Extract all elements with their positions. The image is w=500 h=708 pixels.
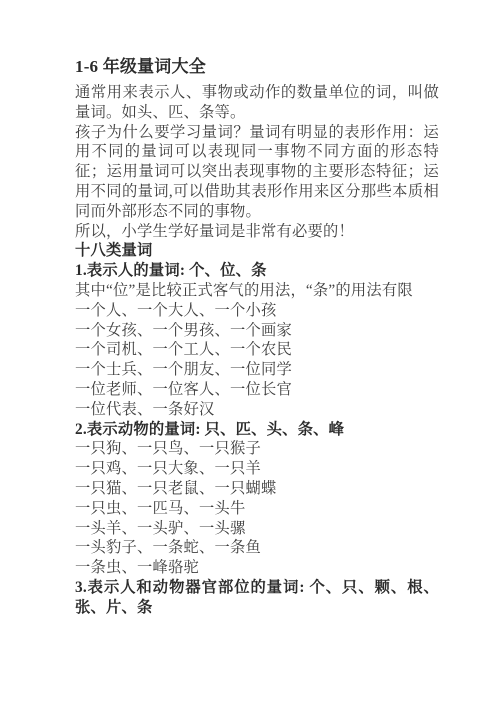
measure-word-line: 一只猫、一只老鼠、一只蝴蝶 (75, 479, 439, 499)
category-heading: 2.表示动物的量词: 只、匹、头、条、峰 (75, 420, 439, 440)
category-heading: 3.表示人和动物器官部位的量词: 个、只、颗、根、张、片、条 (75, 578, 439, 618)
measure-word-line: 一只鸡、一只大象、一只羊 (75, 459, 439, 479)
measure-word-line: 一头豹子、一条蛇、一条鱼 (75, 538, 439, 558)
measure-word-line: 一位代表、一条好汉 (75, 400, 439, 420)
intro-paragraph: 通常用来表示人、事物或动作的数量单位的词，叫做量词。如头、匹、条等。 (75, 83, 439, 123)
measure-word-line: 一头羊、一头驴、一头骡 (75, 519, 439, 539)
measure-word-line: 一个司机、一个工人、一个农民 (75, 340, 439, 360)
measure-word-line: 一条虫、一峰骆驼 (75, 558, 439, 578)
doc-title: 1-6 年级量词大全 (75, 55, 439, 79)
measure-word-line: 一个女孩、一个男孩、一个画家 (75, 321, 439, 341)
measure-word-line: 一位老师、一位客人、一位长官 (75, 380, 439, 400)
intro-paragraph: 孩子为什么要学习量词？量词有明显的表形作用：运用不同的量词可以表现同一事物不同方… (75, 123, 439, 222)
measure-word-line: 一个人、一个大人、一个小孩 (75, 301, 439, 321)
document-page-surface: 1-6 年级量词大全 通常用来表示人、事物或动作的数量单位的词，叫做量词。如头、… (0, 0, 500, 708)
section-heading: 十八类量词 (75, 241, 439, 261)
category-heading: 1.表示人的量词: 个、位、条 (75, 261, 439, 281)
measure-word-line: 一只虫、一匹马、一头牛 (75, 499, 439, 519)
intro-paragraph: 所以，小学生学好量词是非常有必要的！ (75, 222, 439, 242)
measure-word-line: 一只狗、一只鸟、一只猴子 (75, 439, 439, 459)
document-content: 1-6 年级量词大全 通常用来表示人、事物或动作的数量单位的词，叫做量词。如头、… (75, 55, 439, 618)
document-page: { "document": { "title": "1-6 年级量词大全", "… (0, 0, 500, 708)
measure-word-line: 一个士兵、一个朋友、一位同学 (75, 360, 439, 380)
category-note: 其中“位”是比较正式客气的用法，“条”的用法有限 (75, 281, 439, 301)
